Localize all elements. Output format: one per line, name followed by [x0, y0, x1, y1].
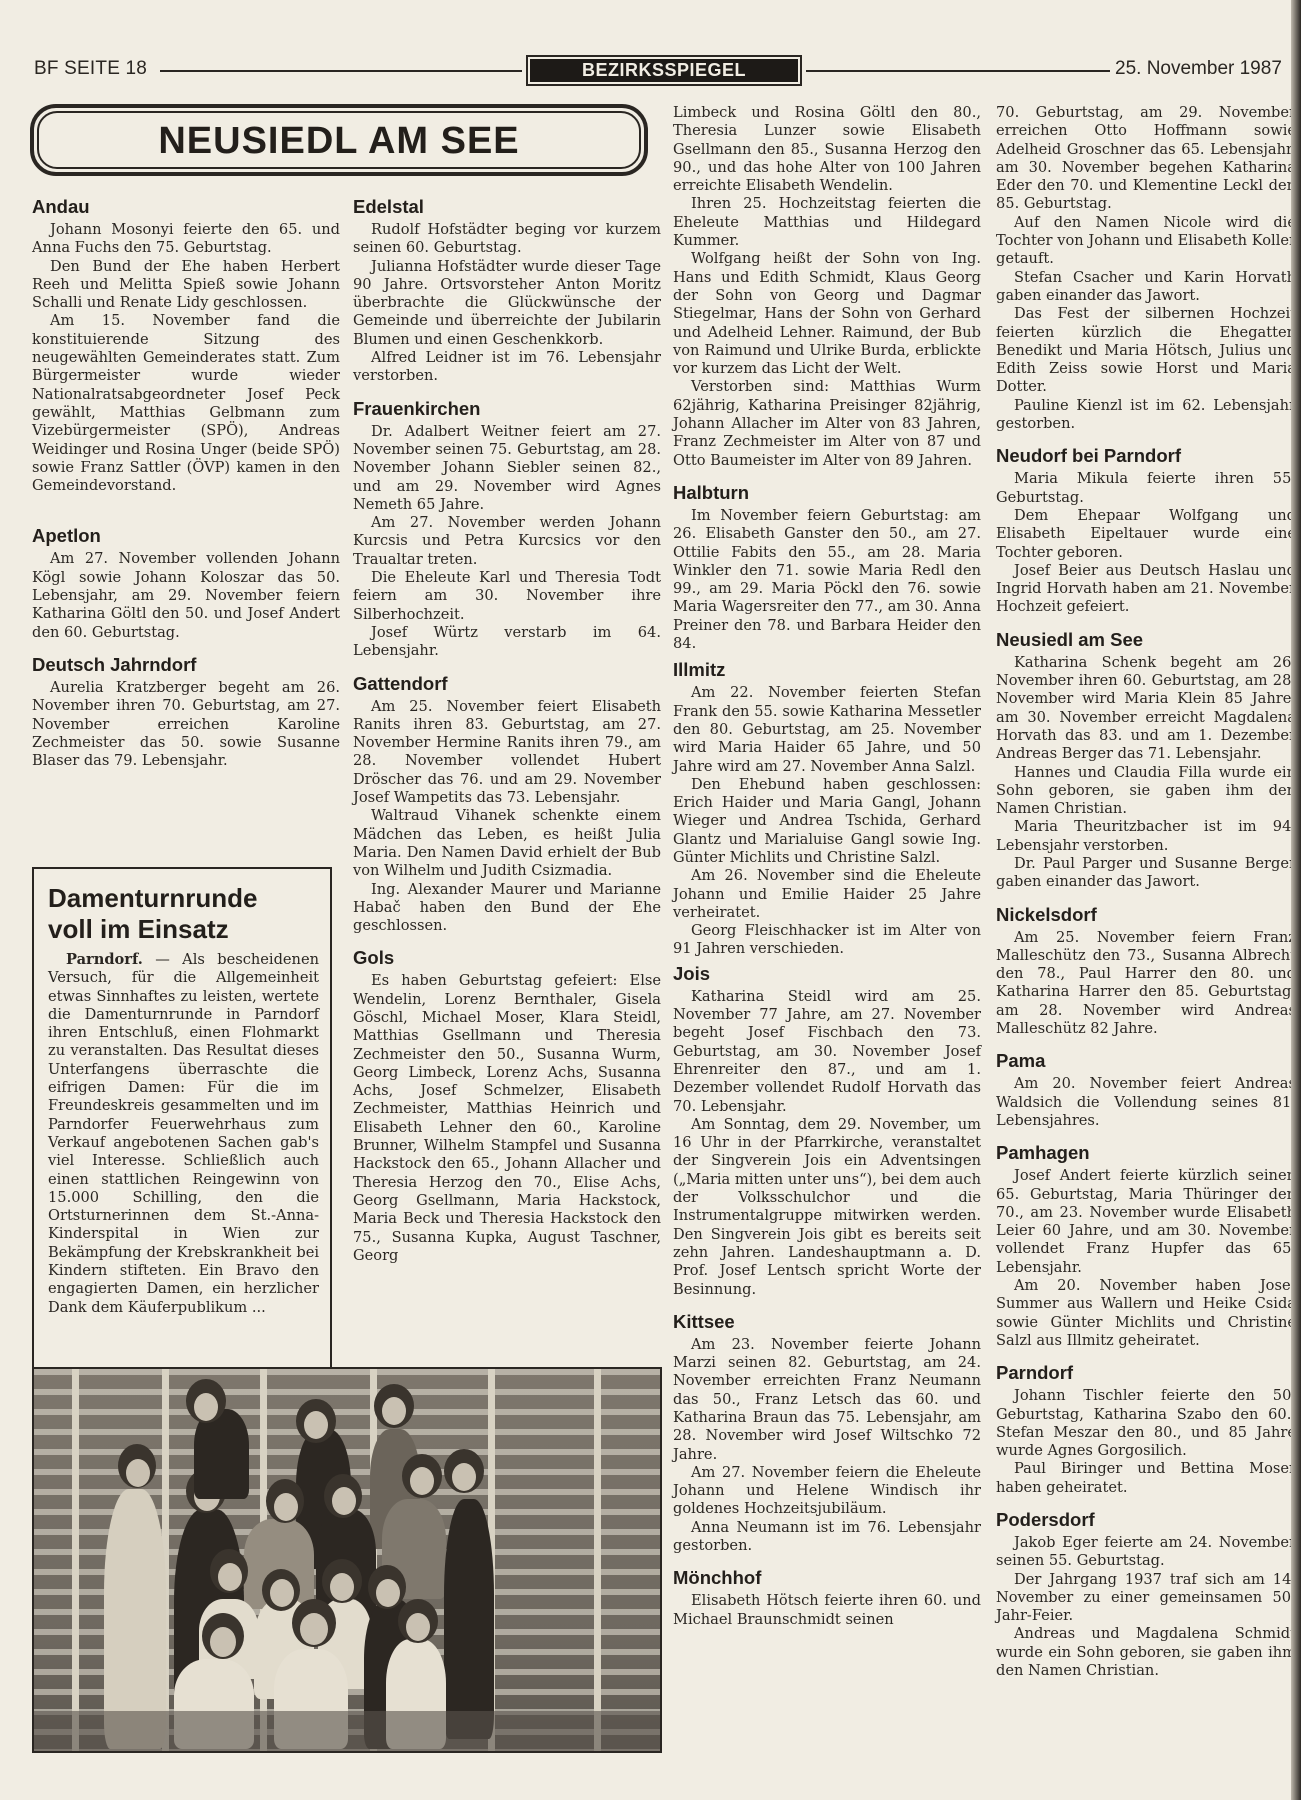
header-rule-right — [806, 70, 1110, 72]
issue-date: 25. November 1987 — [1115, 58, 1282, 80]
paragraph: Am 23. November feierte Johann Marzi sei… — [673, 1336, 981, 1464]
place-heading: Gattendorf — [353, 673, 661, 695]
paragraph: Den Ehebund haben geschlossen: Erich Hai… — [673, 776, 981, 867]
article-illmitz: Illmitz Am 22. November feierten Stefan … — [673, 659, 981, 958]
paragraph: Jakob Eger feierte am 24. November seine… — [996, 1534, 1296, 1571]
paragraph: Verstorben sind: Matthias Wurm 62jährig,… — [673, 378, 981, 469]
paragraph: Am 22. November feierten Stefan Frank de… — [673, 684, 981, 775]
article-andau: Andau Johann Mosonyi feierte den 65. und… — [32, 196, 340, 495]
paragraph: Am 20. November feiert Andreas Waldsich … — [996, 1075, 1296, 1130]
dateline: Parndorf. — [66, 951, 143, 968]
article-jois: Jois Katharina Steidl wird am 25. Novemb… — [673, 963, 981, 1299]
paragraph: Maria Mikula feierte ihren 55. Geburtsta… — [996, 470, 1296, 507]
article-neusiedl-am-see: Neusiedl am See Katharina Schenk begeht … — [996, 629, 1296, 892]
paragraph: Den Bund der Ehe haben Herbert Reeh und … — [32, 258, 340, 313]
region-banner: NEUSIEDL AM SEE — [30, 104, 648, 176]
title-line-1: Damenturnrunde — [48, 883, 257, 913]
article-kittsee: Kittsee Am 23. November feierte Johann M… — [673, 1311, 981, 1556]
paragraph: Das Fest der silbernen Hochzeit feierten… — [996, 305, 1296, 396]
place-heading: Gols — [353, 947, 661, 969]
paragraph: Limbeck und Rosina Göltl den 80., Theres… — [673, 104, 981, 195]
page-edge-shadow — [1291, 0, 1301, 1800]
place-heading: Andau — [32, 196, 340, 218]
place-heading: Nickelsdorf — [996, 904, 1296, 926]
paragraph: Dem Ehepaar Wolfgang und Elisabeth Eipel… — [996, 507, 1296, 562]
paragraph: Am 20. November haben Josef Summer aus W… — [996, 1277, 1296, 1350]
place-heading: Apetlon — [32, 525, 340, 547]
paragraph: Wolfgang heißt der Sohn von Ing. Hans un… — [673, 250, 981, 378]
article-gols-continued: Limbeck und Rosina Göltl den 80., Theres… — [673, 104, 981, 470]
article-frauenkirchen: Frauenkirchen Dr. Adalbert Weitner feier… — [353, 398, 661, 661]
paragraph: Elisabeth Hötsch feierte ihren 60. und M… — [673, 1592, 981, 1629]
article-nickelsdorf: Nickelsdorf Am 25. November feiern Franz… — [996, 904, 1296, 1039]
paragraph: Am 27. November vollenden Johann Kögl so… — [32, 550, 340, 641]
article-neudorf-bei-parndorf: Neudorf bei Parndorf Maria Mikula feiert… — [996, 445, 1296, 616]
paragraph: Am 25. November feiert Elisabeth Ranits … — [353, 698, 661, 808]
place-heading: Jois — [673, 963, 981, 985]
body-text: — Als bescheidenen Versuch, für die Allg… — [48, 951, 319, 1316]
paragraph: Pauline Kienzl ist im 62. Lebensjahr ges… — [996, 397, 1296, 434]
paragraph: Im November feiern Geburtstag: am 26. El… — [673, 507, 981, 653]
paragraph: Alfred Leidner ist im 76. Lebensjahr ver… — [353, 349, 661, 386]
column-1: Andau Johann Mosonyi feierte den 65. und… — [32, 196, 340, 770]
section-title: BEZIRKSSPIEGEL — [530, 59, 798, 82]
paragraph: Julianna Hofstädter wurde dieser Tage 90… — [353, 258, 661, 349]
paragraph: Der Jahrgang 1937 traf sich am 14. Novem… — [996, 1571, 1296, 1626]
paragraph: Am 27. November feiern die Eheleute Joha… — [673, 1464, 981, 1519]
article-apetlon: Apetlon Am 27. November vollenden Johann… — [32, 525, 340, 641]
article-deutsch-jahrndorf: Deutsch Jahrndorf Aurelia Kratzberger be… — [32, 654, 340, 770]
paragraph: Ihren 25. Hochzeitstag feierten die Ehel… — [673, 195, 981, 250]
paragraph: Am 25. November feiern Franz Malleschütz… — [996, 929, 1296, 1039]
paragraph: Andreas und Magdalena Schmidt wurde ein … — [996, 1625, 1296, 1680]
paragraph: Waltraud Vihanek schenkte einem Mädchen … — [353, 807, 661, 880]
place-heading: Pamhagen — [996, 1142, 1296, 1164]
place-heading: Edelstal — [353, 196, 661, 218]
article-podersdorf: Podersdorf Jakob Eger feierte am 24. Nov… — [996, 1509, 1296, 1680]
paragraph: Am 15. November fand die konstituierende… — [32, 312, 340, 495]
paragraph: Josef Andert feierte kürzlich seinen 65.… — [996, 1167, 1296, 1277]
article-gattendorf: Gattendorf Am 25. November feiert Elisab… — [353, 673, 661, 936]
article-pamhagen: Pamhagen Josef Andert feierte kürzlich s… — [996, 1142, 1296, 1350]
boxed-article-title: Damenturnrunde voll im Einsatz — [48, 883, 319, 945]
article-halbturn: Halbturn Im November feiern Geburtstag: … — [673, 482, 981, 653]
article-moenchhof: Mönchhof Elisabeth Hötsch feierte ihren … — [673, 1567, 981, 1629]
place-heading: Neusiedl am See — [996, 629, 1296, 651]
paragraph: Es haben Geburtstag gefeiert: Else Wende… — [353, 972, 661, 1265]
boxed-article: Damenturnrunde voll im Einsatz Parndorf.… — [32, 867, 332, 1369]
place-heading: Mönchhof — [673, 1567, 981, 1589]
header-rule-left — [160, 70, 522, 72]
column-4: 70. Geburtstag, am 29. November erreiche… — [996, 104, 1296, 1680]
paragraph: Ing. Alexander Maurer und Marianne Habač… — [353, 881, 661, 936]
page-label: BF SEITE 18 — [34, 58, 147, 80]
paragraph: Dr. Adalbert Weitner feiert am 27. Novem… — [353, 423, 661, 514]
place-heading: Deutsch Jahrndorf — [32, 654, 340, 676]
paragraph: Josef Beier aus Deutsch Haslau und Ingri… — [996, 562, 1296, 617]
article-pama: Pama Am 20. November feiert Andreas Wald… — [996, 1050, 1296, 1130]
paragraph: Am 27. November werden Johann Kurcsis un… — [353, 514, 661, 569]
place-heading: Kittsee — [673, 1311, 981, 1333]
paragraph: Dr. Paul Parger und Susanne Berger gaben… — [996, 855, 1296, 892]
paragraph: Auf den Namen Nicole wird die Tochter vo… — [996, 214, 1296, 269]
column-2: Edelstal Rudolf Hofstädter beging vor ku… — [353, 196, 661, 1265]
paragraph: Katharina Schenk begeht am 26. November … — [996, 654, 1296, 764]
place-heading: Illmitz — [673, 659, 981, 681]
paragraph: Stefan Csacher und Karin Horvath gaben e… — [996, 269, 1296, 306]
article-parndorf: Parndorf Johann Tischler feierte den 50.… — [996, 1362, 1296, 1497]
place-heading: Podersdorf — [996, 1509, 1296, 1531]
title-line-2: voll im Einsatz — [48, 914, 229, 944]
paragraph: Die Eheleute Karl und Theresia Todt feie… — [353, 569, 661, 624]
article-gols: Gols Es haben Geburtstag gefeiert: Else … — [353, 947, 661, 1265]
paragraph: Katharina Steidl wird am 25. November 77… — [673, 988, 981, 1116]
place-heading: Halbturn — [673, 482, 981, 504]
paragraph: Anna Neumann ist im 76. Lebensjahr gesto… — [673, 1519, 981, 1556]
article-edelstal: Edelstal Rudolf Hofstädter beging vor ku… — [353, 196, 661, 386]
column-3: Limbeck und Rosina Göltl den 80., Theres… — [673, 104, 981, 1629]
paragraph: Rudolf Hofstädter beging vor kurzem sein… — [353, 221, 661, 258]
region-title: NEUSIEDL AM SEE — [37, 111, 641, 169]
paragraph: Johann Mosonyi feierte den 65. und Anna … — [32, 221, 340, 258]
place-heading: Pama — [996, 1050, 1296, 1072]
paragraph: Hannes und Claudia Filla wurde ein Sohn … — [996, 764, 1296, 819]
article-moenchhof-continued: 70. Geburtstag, am 29. November erreiche… — [996, 104, 1296, 433]
boxed-article-body: Parndorf. — Als bescheidenen Versuch, fü… — [48, 951, 319, 1317]
place-heading: Parndorf — [996, 1362, 1296, 1384]
paragraph: Paul Biringer und Bettina Moser haben ge… — [996, 1460, 1296, 1497]
place-heading: Frauenkirchen — [353, 398, 661, 420]
paragraph: Aurelia Kratzberger begeht am 26. Novemb… — [32, 679, 340, 770]
paragraph: Georg Fleischhacker ist im Alter von 91 … — [673, 922, 981, 959]
paragraph: Josef Würtz verstarb im 64. Lebensjahr. — [353, 624, 661, 661]
section-badge: BEZIRKSSPIEGEL — [526, 55, 802, 86]
paragraph: Johann Tischler feierte den 50. Geburtst… — [996, 1387, 1296, 1460]
group-photo — [32, 1367, 662, 1753]
paragraph: Am 26. November sind die Eheleute Johann… — [673, 867, 981, 922]
paragraph: 70. Geburtstag, am 29. November erreiche… — [996, 104, 1296, 214]
paragraph: Am Sonntag, dem 29. November, um 16 Uhr … — [673, 1116, 981, 1299]
place-heading: Neudorf bei Parndorf — [996, 445, 1296, 467]
paragraph: Maria Theuritzbacher ist im 94. Lebensja… — [996, 818, 1296, 855]
